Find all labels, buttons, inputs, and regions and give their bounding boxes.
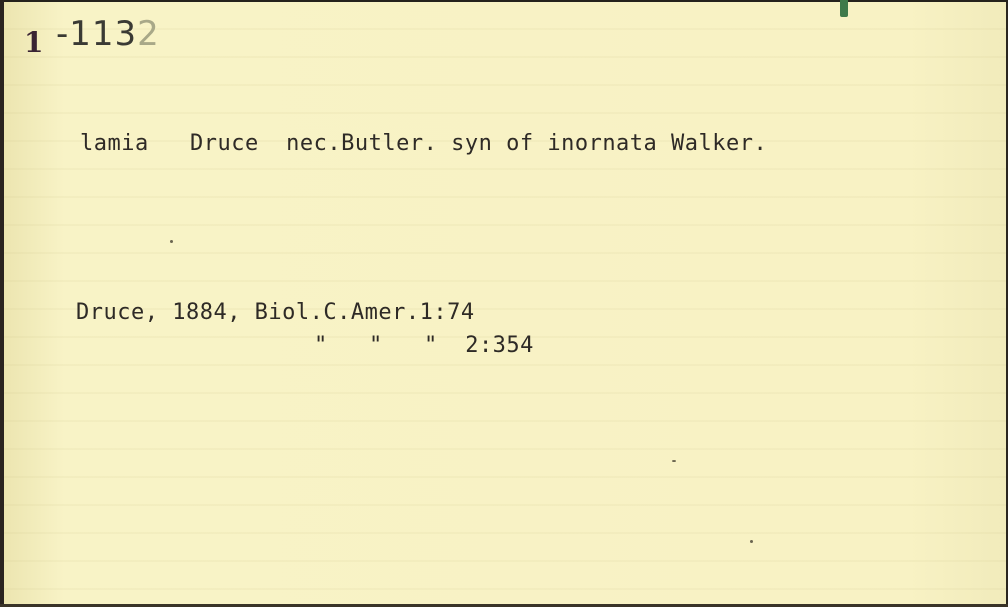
handwritten-ref-text: -113	[56, 14, 137, 54]
paper-speck	[170, 240, 173, 243]
paper-speck	[672, 460, 676, 462]
species-entry-line: lamia Druce nec.Butler. syn of inornata …	[80, 131, 767, 156]
index-card: 1 -1132 lamia Druce nec.Butler. syn of i…	[4, 2, 1006, 604]
card-number: 1	[24, 26, 43, 59]
reference-line-2: " " " 2:354	[314, 333, 534, 358]
reference-line-1: Druce, 1884, Biol.C.Amer.1:74	[76, 300, 475, 325]
paper-speck	[750, 540, 753, 543]
handwritten-reference: -1132	[56, 14, 160, 54]
green-tab-marker	[840, 0, 848, 17]
handwritten-faint-mark: 2	[137, 14, 160, 54]
scan-border-left	[0, 0, 4, 607]
